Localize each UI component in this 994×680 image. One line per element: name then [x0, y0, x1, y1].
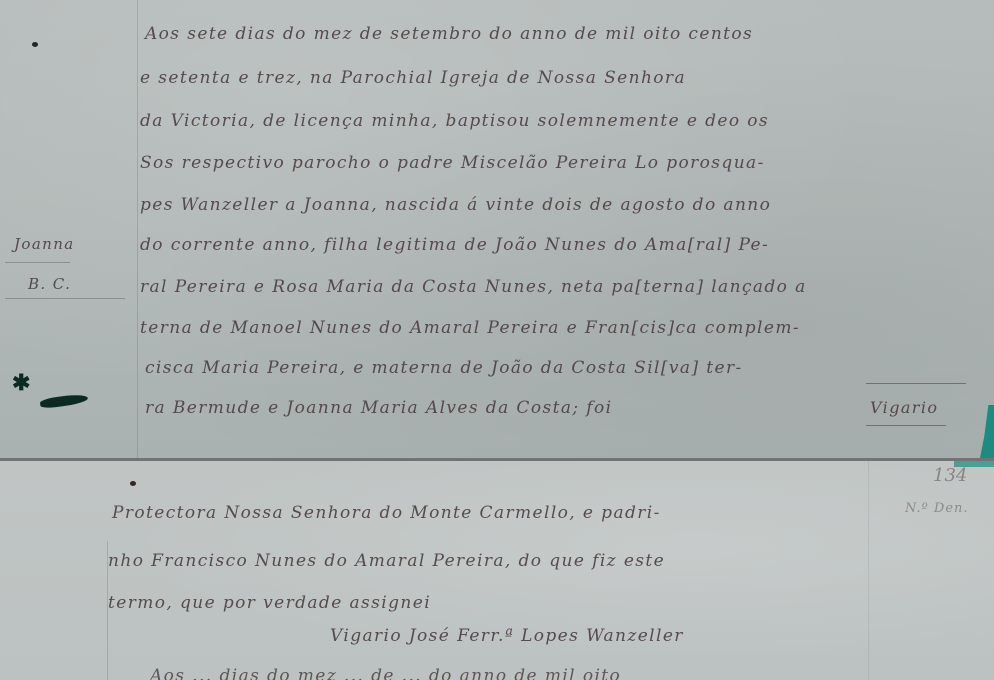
margin-note: N.º Den.	[905, 501, 969, 516]
record-line-2: e setenta e trez, na Parochial Igreja de…	[140, 68, 686, 88]
record-line-13: termo, que por verdade assignei	[108, 593, 431, 613]
record-line-12: nho Francisco Nunes do Amaral Pereira, d…	[108, 551, 665, 571]
scan-background-corner	[954, 461, 994, 467]
margin-rule	[137, 0, 138, 458]
next-record-cut-line: Aos ... dias do mez ... de ... do anno d…	[150, 666, 621, 680]
ink-dot	[130, 481, 136, 486]
margin-rule-right	[868, 461, 869, 680]
signature-rule-lower	[866, 425, 946, 426]
record-line-4: Sos respectivo parocho o padre Miscelão …	[140, 153, 765, 173]
margin-name: Joanna	[14, 235, 75, 253]
ink-stain-blot	[40, 393, 89, 410]
manuscript-page-top: Aos sete dias do mez de setembro do anno…	[0, 0, 994, 458]
margin-status: B. C.	[28, 275, 71, 293]
record-line-7: ral Pereira e Rosa Maria da Costa Nunes,…	[140, 277, 807, 297]
record-line-5: pes Wanzeller a Joanna, nascida á vinte …	[140, 195, 771, 215]
record-line-6: do corrente anno, filha legitima de João…	[140, 235, 769, 255]
margin-rule-line	[5, 298, 125, 299]
margin-rule-line	[5, 262, 70, 263]
record-line-11: Protectora Nossa Senhora do Monte Carmel…	[112, 503, 661, 523]
record-line-9: cisca Maria Pereira, e materna de João d…	[145, 358, 743, 378]
record-line-8: terna de Manoel Nunes do Amaral Pereira …	[140, 318, 800, 338]
signature-rule-upper	[866, 383, 966, 384]
priest-signature: Vigario José Ferr.ª Lopes Wanzeller	[330, 626, 684, 646]
ink-stain-mark: ✱	[12, 370, 30, 396]
manuscript-page-bottom: 134 N.º Den. Protectora Nossa Senhora do…	[0, 461, 994, 680]
ink-dot	[32, 42, 38, 47]
page-number: 134	[933, 465, 967, 486]
vigario-signature: Vigario	[870, 398, 938, 417]
record-line-1: Aos sete dias do mez de setembro do anno…	[145, 24, 753, 44]
scan-background-corner	[980, 405, 994, 458]
record-line-3: da Victoria, de licença minha, baptisou …	[140, 111, 769, 131]
record-line-10: ra Bermude e Joanna Maria Alves da Costa…	[145, 398, 612, 418]
